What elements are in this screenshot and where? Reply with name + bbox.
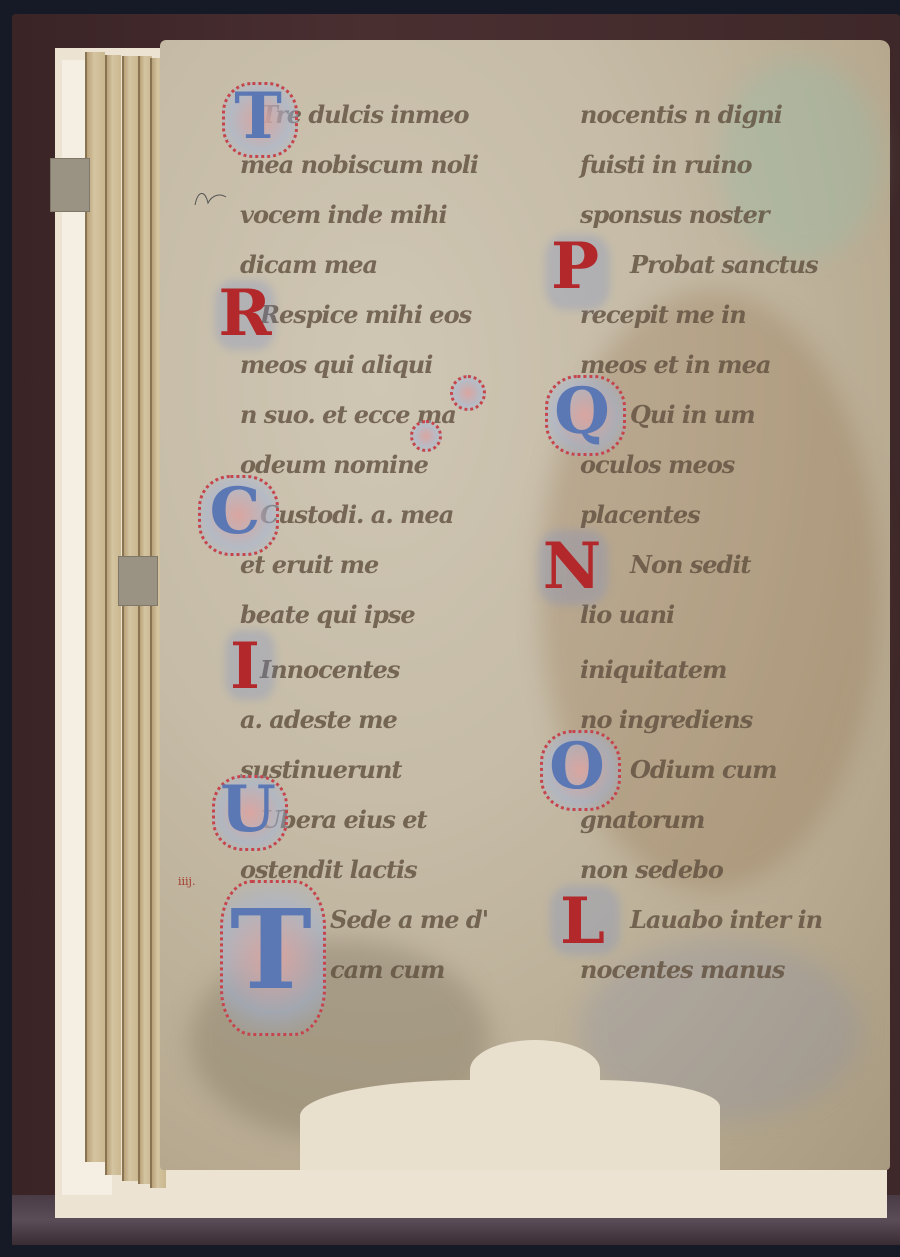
text-line: et eruit me (240, 550, 378, 590)
damaged-area (470, 1040, 600, 1100)
text-line: Lauabo inter in (630, 905, 822, 945)
text-line: lio uani (580, 600, 674, 640)
text-line: recepit me in (580, 300, 746, 340)
pen-scribble (190, 185, 230, 215)
text-line: Probat sanctus (630, 250, 818, 290)
decorated-initial: U (218, 778, 278, 842)
text-line: Qui in um (630, 400, 755, 440)
decorated-initial: T (228, 85, 288, 149)
text-line: iniquitatem (580, 655, 726, 695)
text-line: meos qui aliqui (240, 350, 432, 390)
red-initial: R (215, 282, 275, 346)
text-line: a. adeste me (240, 705, 397, 745)
roundel-ornament (410, 420, 442, 452)
decorated-initial: O (547, 735, 607, 799)
text-line: oculos meos (580, 450, 734, 490)
red-initial: L (555, 890, 610, 954)
decorated-initial: Q (552, 380, 612, 444)
text-line: sponsus noster (580, 200, 769, 240)
text-line: fuisti in ruino (580, 150, 752, 190)
text-line: Innocentes (260, 655, 399, 695)
decorated-initial: C (205, 480, 265, 544)
red-initial: P (545, 235, 605, 299)
text-line: Odium cum (630, 755, 776, 795)
leaf-edge (105, 55, 121, 1175)
text-line: Sede a me d' (330, 905, 488, 945)
roundel-ornament (450, 375, 486, 411)
marginal-note: iiij. (178, 875, 195, 888)
text-line: Custodi. a. mea (260, 500, 453, 540)
hinge-tab (118, 556, 158, 606)
leaf-edge (85, 52, 105, 1162)
hinge-tab (50, 158, 90, 212)
decorated-initial: T (230, 895, 310, 1005)
red-initial: I (220, 635, 270, 699)
text-line: Non sedit (630, 550, 751, 590)
red-initial: N (542, 535, 602, 599)
text-line: nocentes manus (580, 955, 784, 995)
text-line: nocentis n digni (580, 100, 782, 140)
text-line: Respice mihi eos (260, 300, 471, 340)
leaf-edge (122, 56, 138, 1181)
text-line: vocem inde mihi (240, 200, 447, 240)
manuscript-leaf: iiij. Tre dulcis inmeo mea nobiscum noli… (160, 40, 890, 1170)
text-line: cam cum (330, 955, 444, 995)
text-line: gnatorum (580, 805, 704, 845)
